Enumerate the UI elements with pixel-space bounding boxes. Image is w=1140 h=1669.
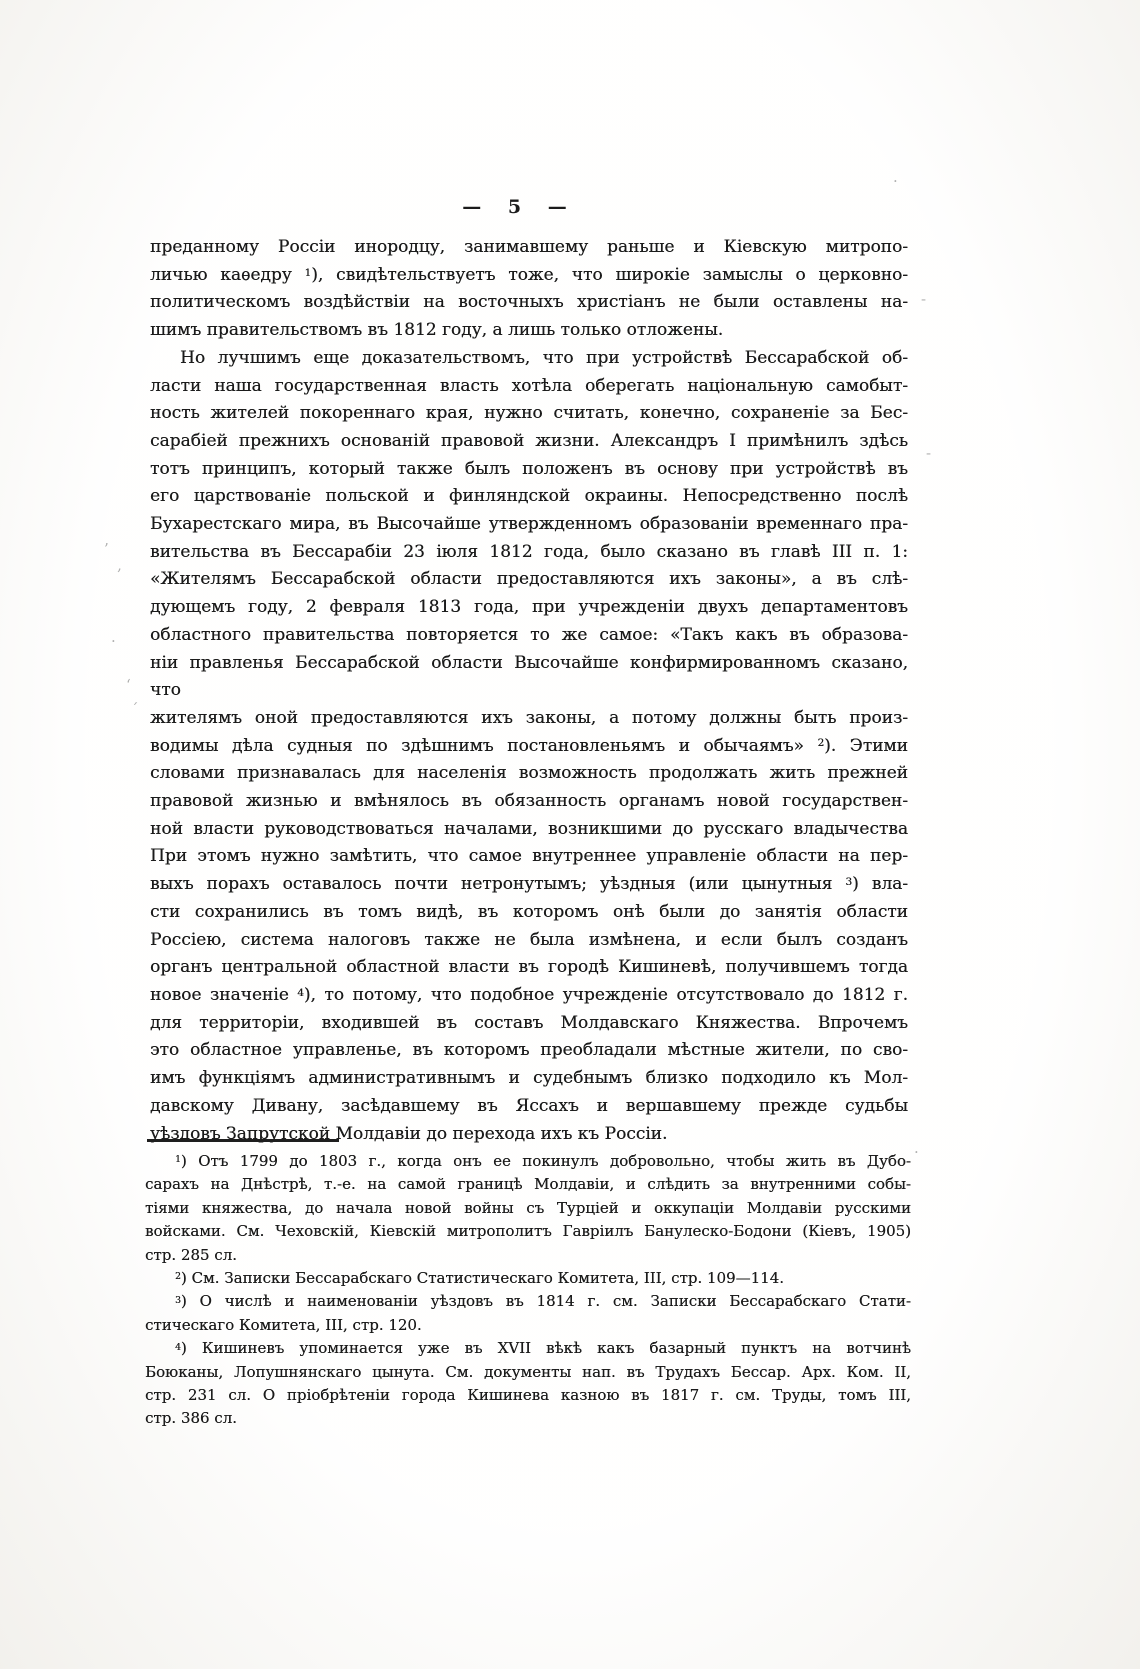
text-line: правовой жизнью и вмѣнялось въ обязаннос… — [150, 788, 908, 816]
text-line: выхъ порахъ оставалось почти нетронутымъ… — [150, 871, 908, 899]
margin-mark: - — [921, 290, 926, 308]
text-line: Россіею, система налоговъ также не была … — [150, 927, 908, 955]
margin-mark: · — [893, 172, 898, 190]
text-line: сти сохранились въ томъ видѣ, въ котором… — [150, 899, 908, 927]
margin-mark: - — [926, 444, 931, 462]
text-line: шимъ правительствомъ въ 1812 году, а лиш… — [150, 317, 908, 345]
footnote-line: сарахъ на Днѣстрѣ, т.-е. на самой границ… — [145, 1173, 911, 1196]
text-line: областного правительства повторяется то … — [150, 622, 908, 650]
margin-mark: · — [111, 632, 116, 650]
footnote-line: стическаго Комитета, III, стр. 120. — [145, 1314, 911, 1337]
text-line: политическомъ воздѣйствіи на восточныхъ … — [150, 289, 908, 317]
footnote-line: тіями княжества, до начала новой войны с… — [145, 1197, 911, 1220]
text-line: ность жителей покореннаго края, нужно сч… — [150, 400, 908, 428]
margin-mark: · — [914, 1143, 919, 1161]
text-line: тотъ принципъ, который также былъ положе… — [150, 456, 908, 484]
footnote-line: 4) Кишиневъ упоминается уже въ XVII вѣкѣ… — [145, 1337, 911, 1360]
text-line: это областное управленье, въ которомъ пр… — [150, 1037, 908, 1065]
text-line: преданному Россіи инородцу, занимавшему … — [150, 234, 908, 262]
footnote-block: 1) Отъ 1799 до 1803 г., когда онъ ее пок… — [145, 1150, 911, 1431]
footnote-line: 1) Отъ 1799 до 1803 г., когда онъ ее пок… — [145, 1150, 911, 1173]
text-line: ной власти руководствоваться началами, в… — [150, 816, 908, 844]
footnote-line: стр. 231 сл. О пріобрѣтеніи города Кишин… — [145, 1384, 911, 1407]
text-line: сарабіей прежнихъ основаній правовой жиз… — [150, 428, 908, 456]
scanned-page: — 5 — преданному Россіи инородцу, занима… — [0, 0, 1140, 1669]
margin-mark: ’ — [104, 540, 109, 558]
footnote-separator-rule — [147, 1139, 339, 1142]
text-line: «Жителямъ Бессарабской области предостав… — [150, 566, 908, 594]
text-line: уѣздовъ Запрутской Молдавіи до перехода … — [150, 1121, 908, 1149]
footnote-line: Боюканы, Лопушнянскаго цынута. См. докум… — [145, 1361, 911, 1384]
text-line: Бухарестскаго мира, въ Высочайше утвержд… — [150, 511, 908, 539]
text-line: его царствованіе польской и финляндской … — [150, 483, 908, 511]
text-line: ласти наша государственная власть хотѣла… — [150, 373, 908, 401]
text-line: Но лучшимъ еще доказательствомъ, что при… — [150, 345, 908, 373]
page-number: — 5 — — [150, 196, 880, 218]
footnote-line: стр. 386 сл. — [145, 1407, 911, 1430]
main-text-block: преданному Россіи инородцу, занимавшему … — [150, 234, 908, 1148]
footnote-line: 2) См. Записки Бессарабскаго Статистичес… — [145, 1267, 911, 1290]
text-line: водимы дѣла судныя по здѣшнимъ постановл… — [150, 733, 908, 761]
text-line: ніи правленья Бессарабской области Высоч… — [150, 650, 908, 705]
text-line: жителямъ оной предоставляются ихъ законы… — [150, 705, 908, 733]
margin-mark: ´ — [131, 700, 139, 718]
text-line: давскому Дивану, засѣдавшему въ Яссахъ и… — [150, 1093, 908, 1121]
footnote-line: 3) О числѣ и наименованіи уѣздовъ въ 181… — [145, 1290, 911, 1313]
text-line: При этомъ нужно замѣтить, что самое внут… — [150, 843, 908, 871]
margin-mark: ‚ — [117, 556, 122, 574]
text-line: личью каѳедру 1), свидѣтельствуетъ тоже,… — [150, 262, 908, 290]
footnote-line: стр. 285 сл. — [145, 1244, 911, 1267]
margin-mark: ‘ — [126, 676, 131, 694]
text-line: для территоріи, входившей въ составъ Мол… — [150, 1010, 908, 1038]
text-line: дующемъ году, 2 февраля 1813 года, при у… — [150, 594, 908, 622]
footnote-line: войсками. См. Чеховскій, Кіевскій митроп… — [145, 1220, 911, 1243]
text-line: вительства въ Бессарабіи 23 іюля 1812 го… — [150, 539, 908, 567]
text-line: словами признавалась для населенія возмо… — [150, 760, 908, 788]
text-line: органъ центральной областной власти въ г… — [150, 954, 908, 982]
text-line: новое значеніе 4), то потому, что подобн… — [150, 982, 908, 1010]
text-line: имъ функціямъ административнымъ и судебн… — [150, 1065, 908, 1093]
